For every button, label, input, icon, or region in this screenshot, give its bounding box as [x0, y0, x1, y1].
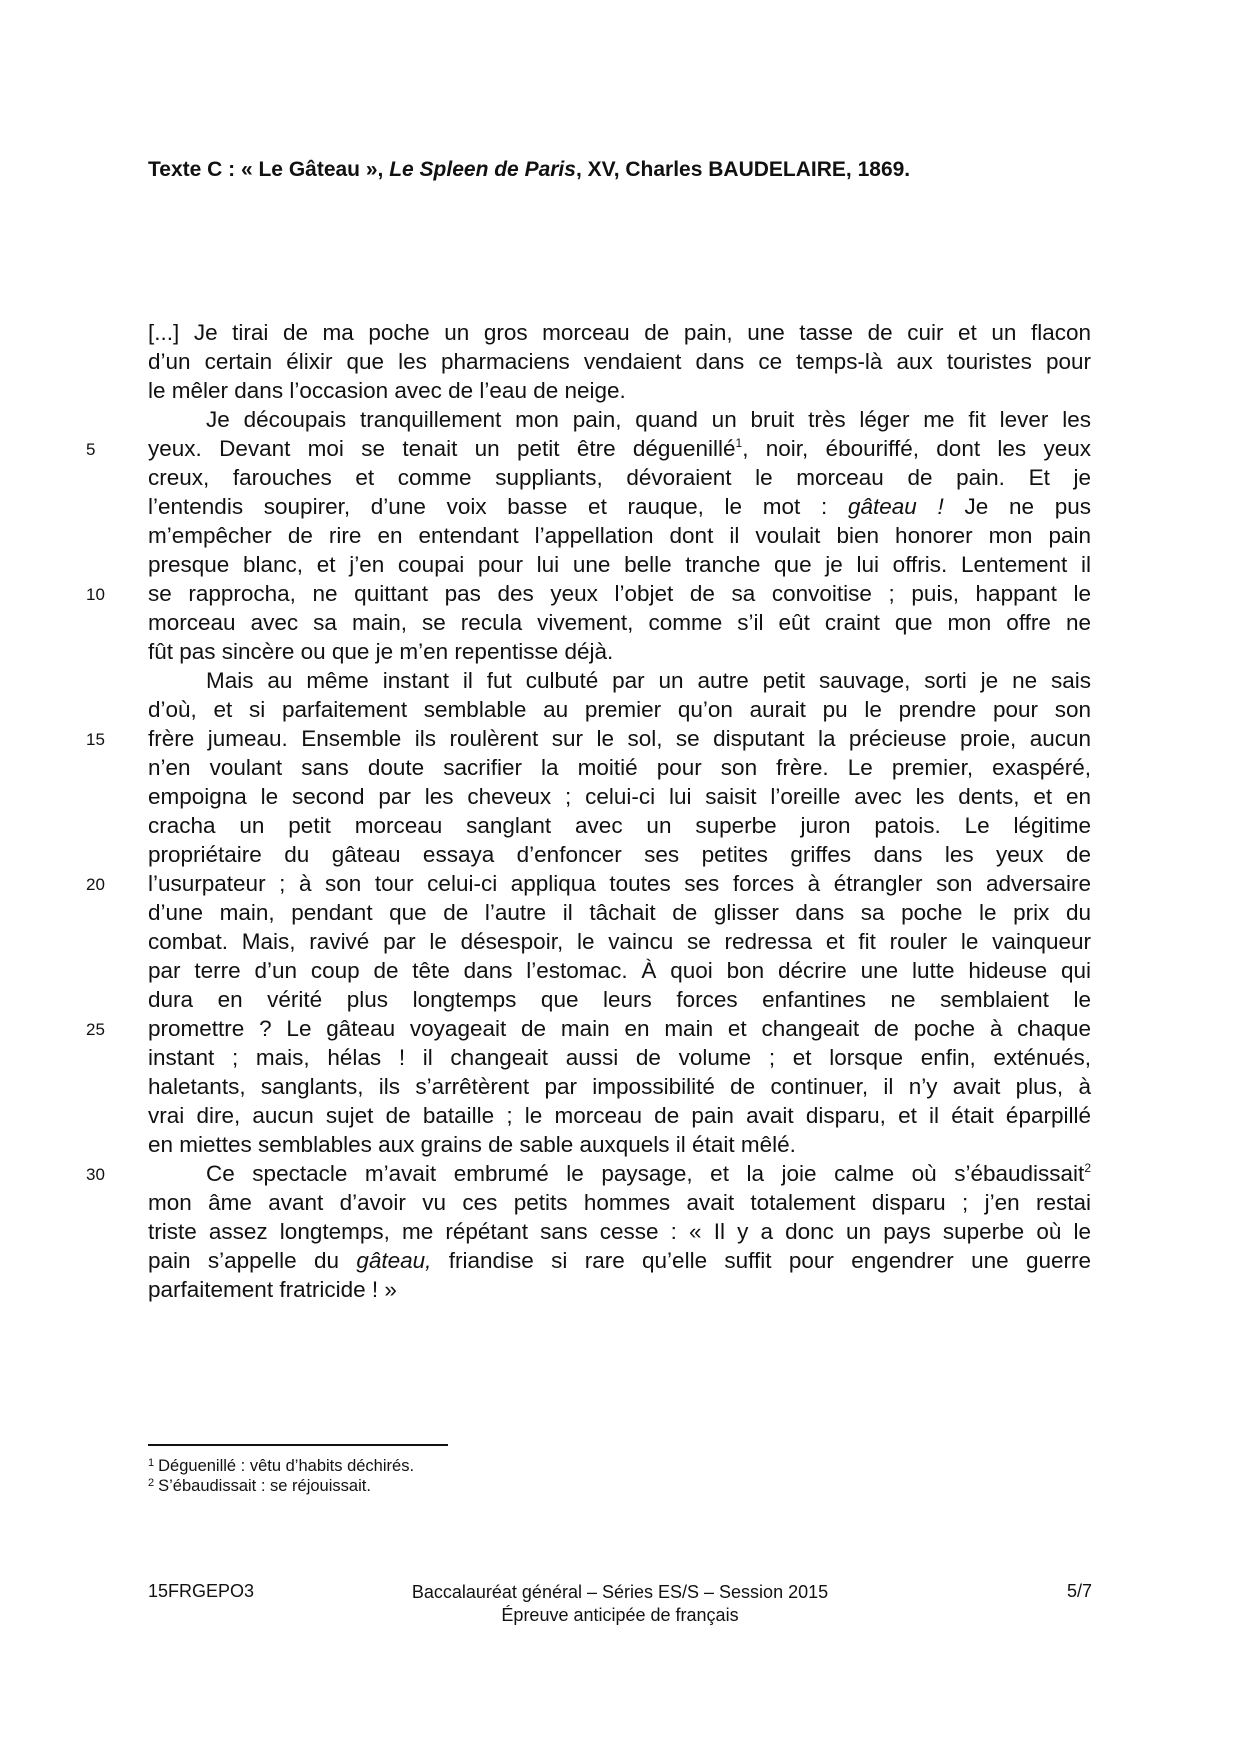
line-text: vrai dire, aucun sujet de bataille ; le … [148, 1101, 1091, 1130]
text-line: morceau avec sa main, se recula vivement… [148, 608, 1091, 637]
line-text: m’empêcher de rire en entendant l’appell… [148, 521, 1091, 550]
text-title: Texte C : « Le Gâteau », Le Spleen de Pa… [148, 158, 910, 182]
line-text: parfaitement fratricide ! » [148, 1275, 1091, 1304]
italic-text: gâteau, [356, 1248, 431, 1273]
text-line: dura en vérité plus longtemps que leurs … [148, 985, 1091, 1014]
line-text: haletants, sanglants, ils s’arrêtèrent p… [148, 1072, 1091, 1101]
exam-title-line1: Baccalauréat général – Séries ES/S – Ses… [300, 1581, 940, 1604]
text-line: vrai dire, aucun sujet de bataille ; le … [148, 1101, 1091, 1130]
title-prefix: Texte C : « Le Gâteau », [148, 158, 389, 181]
text-line: creux, farouches et comme suppliants, dé… [148, 463, 1091, 492]
text-line: mon âme avant d’avoir vu ces petits homm… [148, 1188, 1091, 1217]
text-run: n’en voulant sans doute sacrifier la moi… [148, 755, 1091, 780]
line-text: dura en vérité plus longtemps que leurs … [148, 985, 1091, 1014]
text-line: n’en voulant sans doute sacrifier la moi… [148, 753, 1091, 782]
text-line: instant ; mais, hélas ! il changeait aus… [148, 1043, 1091, 1072]
text-run: d’où, et si parfaitement semblable au pr… [148, 697, 1091, 722]
line-text: Ce spectacle m’avait embrumé le paysage,… [206, 1159, 1091, 1188]
text-run: haletants, sanglants, ils s’arrêtèrent p… [148, 1074, 1091, 1099]
text-run: cracha un petit morceau sanglant avec un… [148, 813, 1091, 838]
line-text: Je découpais tranquillement mon pain, qu… [206, 405, 1091, 434]
line-text: [...] Je tirai de ma poche un gros morce… [148, 318, 1091, 347]
exam-title-line2: Épreuve anticipée de français [300, 1604, 940, 1627]
line-text: en miettes semblables aux grains de sabl… [148, 1130, 1091, 1159]
text-line: l’entendis soupirer, d’une voix basse et… [148, 492, 1091, 521]
text-line: 10se rapprocha, ne quittant pas des yeux… [148, 579, 1091, 608]
text-run: promettre ? Le gâteau voyageait de main … [148, 1016, 1091, 1041]
text-run: triste assez longtemps, me répétant sans… [148, 1219, 1091, 1244]
text-line: 25promettre ? Le gâteau voyageait de mai… [148, 1014, 1091, 1043]
text-line: parfaitement fratricide ! » [148, 1275, 1091, 1304]
text-line: presque blanc, et j’en coupai pour lui u… [148, 550, 1091, 579]
line-text: d’un certain élixir que les pharmaciens … [148, 347, 1091, 376]
text-line: 15frère jumeau. Ensemble ils roulèrent s… [148, 724, 1091, 753]
line-text: n’en voulant sans doute sacrifier la moi… [148, 753, 1091, 782]
text-run: Mais au même instant il fut culbuté par … [206, 668, 1091, 693]
line-text: propriétaire du gâteau essaya d’enfoncer… [148, 840, 1091, 869]
text-line: d’où, et si parfaitement semblable au pr… [148, 695, 1091, 724]
footnote-number: 2 [148, 1477, 154, 1489]
text-run: frère jumeau. Ensemble ils roulèrent sur… [148, 726, 1091, 751]
text-line: empoigna le second par les cheveux ; cel… [148, 782, 1091, 811]
text-line: [...] Je tirai de ma poche un gros morce… [148, 318, 1091, 347]
line-text: d’où, et si parfaitement semblable au pr… [148, 695, 1091, 724]
text-run: d’un certain élixir que les pharmaciens … [148, 349, 1091, 374]
text-line: en miettes semblables aux grains de sabl… [148, 1130, 1091, 1159]
text-line: d’une main, pendant que de l’autre il tâ… [148, 898, 1091, 927]
text-line: 5yeux. Devant moi se tenait un petit êtr… [148, 434, 1091, 463]
line-number: 20 [86, 870, 116, 899]
line-text: le mêler dans l’occasion avec de l’eau d… [148, 376, 1091, 405]
footnote-divider [148, 1444, 448, 1446]
text-run: yeux. Devant moi se tenait un petit être… [148, 436, 736, 461]
title-suffix: , XV, Charles BAUDELAIRE, 1869. [576, 158, 910, 181]
text-run: fût pas sincère ou que je m’en repentiss… [148, 639, 613, 664]
line-text: fût pas sincère ou que je m’en repentiss… [148, 637, 1091, 666]
italic-text: gâteau ! [848, 494, 944, 519]
text-run: l’usurpateur ; à son tour celui-ci appli… [148, 871, 1091, 896]
footnote-text: Déguenillé : vêtu d’habits déchirés. [158, 1457, 414, 1475]
line-text: par terre d’un coup de tête dans l’estom… [148, 956, 1091, 985]
line-text: frère jumeau. Ensemble ils roulèrent sur… [148, 724, 1091, 753]
page-number: 5/7 [1067, 1581, 1092, 1602]
text-line: par terre d’un coup de tête dans l’estom… [148, 956, 1091, 985]
footnote-number: 1 [148, 1457, 154, 1469]
line-text: Mais au même instant il fut culbuté par … [206, 666, 1091, 695]
line-text: pain s’appelle du gâteau, friandise si r… [148, 1246, 1091, 1275]
text-line: d’un certain élixir que les pharmaciens … [148, 347, 1091, 376]
line-text: combat. Mais, ravivé par le désespoir, l… [148, 927, 1091, 956]
text-run: d’une main, pendant que de l’autre il tâ… [148, 900, 1091, 925]
text-line: triste assez longtemps, me répétant sans… [148, 1217, 1091, 1246]
line-number: 10 [86, 580, 116, 609]
exam-code: 15FRGEPO3 [148, 1581, 254, 1602]
line-text: instant ; mais, hélas ! il changeait aus… [148, 1043, 1091, 1072]
footnote-1: 1Déguenillé : vêtu d’habits déchirés. [148, 1457, 414, 1476]
title-work: Le Spleen de Paris [389, 158, 576, 181]
line-text: promettre ? Le gâteau voyageait de main … [148, 1014, 1091, 1043]
text-run: , noir, ébouriffé, dont les yeux [742, 436, 1091, 461]
text-run: se rapprocha, ne quittant pas des yeux l… [148, 581, 1091, 606]
line-number: 30 [86, 1160, 116, 1189]
footnote-ref: 2 [1084, 1161, 1091, 1175]
text-run: pain s’appelle du [148, 1248, 356, 1273]
text-run: instant ; mais, hélas ! il changeait aus… [148, 1045, 1091, 1070]
line-text: mon âme avant d’avoir vu ces petits homm… [148, 1188, 1091, 1217]
text-line: m’empêcher de rire en entendant l’appell… [148, 521, 1091, 550]
text-run: m’empêcher de rire en entendant l’appell… [148, 523, 1091, 548]
line-text: creux, farouches et comme suppliants, dé… [148, 463, 1091, 492]
line-text: presque blanc, et j’en coupai pour lui u… [148, 550, 1091, 579]
text-run: en miettes semblables aux grains de sabl… [148, 1132, 796, 1157]
line-text: d’une main, pendant que de l’autre il tâ… [148, 898, 1091, 927]
line-number: 25 [86, 1015, 116, 1044]
text-run: dura en vérité plus longtemps que leurs … [148, 987, 1091, 1012]
text-run: empoigna le second par les cheveux ; cel… [148, 784, 1091, 809]
text-line: Je découpais tranquillement mon pain, qu… [148, 405, 1091, 434]
text-line: cracha un petit morceau sanglant avec un… [148, 811, 1091, 840]
text-run: friandise si rare qu’elle suffit pour en… [431, 1248, 1091, 1273]
line-text: se rapprocha, ne quittant pas des yeux l… [148, 579, 1091, 608]
text-run: le mêler dans l’occasion avec de l’eau d… [148, 378, 626, 403]
line-text: triste assez longtemps, me répétant sans… [148, 1217, 1091, 1246]
line-number: 15 [86, 725, 116, 754]
exam-title: Baccalauréat général – Séries ES/S – Ses… [300, 1581, 940, 1627]
text-run: creux, farouches et comme suppliants, dé… [148, 465, 1091, 490]
text-run: mon âme avant d’avoir vu ces petits homm… [148, 1190, 1091, 1215]
text-line: Mais au même instant il fut culbuté par … [148, 666, 1091, 695]
text-run: Ce spectacle m’avait embrumé le paysage,… [206, 1161, 1084, 1186]
text-line: propriétaire du gâteau essaya d’enfoncer… [148, 840, 1091, 869]
text-run: Je découpais tranquillement mon pain, qu… [206, 407, 1091, 432]
text-line: 20l’usurpateur ; à son tour celui-ci app… [148, 869, 1091, 898]
text-line: le mêler dans l’occasion avec de l’eau d… [148, 376, 1091, 405]
line-text: cracha un petit morceau sanglant avec un… [148, 811, 1091, 840]
text-body: [...] Je tirai de ma poche un gros morce… [148, 318, 1091, 1304]
text-run: par terre d’un coup de tête dans l’estom… [148, 958, 1091, 983]
line-text: empoigna le second par les cheveux ; cel… [148, 782, 1091, 811]
text-run: combat. Mais, ravivé par le désespoir, l… [148, 929, 1091, 954]
footnote-text: S’ébaudissait : se réjouissait. [158, 1477, 371, 1495]
line-text: yeux. Devant moi se tenait un petit être… [148, 434, 1091, 463]
line-text: l’entendis soupirer, d’une voix basse et… [148, 492, 1091, 521]
line-number: 5 [86, 435, 116, 464]
text-run: propriétaire du gâteau essaya d’enfoncer… [148, 842, 1091, 867]
line-text: morceau avec sa main, se recula vivement… [148, 608, 1091, 637]
text-run: morceau avec sa main, se recula vivement… [148, 610, 1091, 635]
text-line: fût pas sincère ou que je m’en repentiss… [148, 637, 1091, 666]
text-line: combat. Mais, ravivé par le désespoir, l… [148, 927, 1091, 956]
footnote-2: 2S’ébaudissait : se réjouissait. [148, 1477, 371, 1496]
text-line: 30Ce spectacle m’avait embrumé le paysag… [148, 1159, 1091, 1188]
line-text: l’usurpateur ; à son tour celui-ci appli… [148, 869, 1091, 898]
text-line: pain s’appelle du gâteau, friandise si r… [148, 1246, 1091, 1275]
text-run: vrai dire, aucun sujet de bataille ; le … [148, 1103, 1091, 1128]
text-run: presque blanc, et j’en coupai pour lui u… [148, 552, 1091, 577]
text-run: [...] Je tirai de ma poche un gros morce… [148, 320, 1091, 345]
text-run: Je ne pus [944, 494, 1091, 519]
text-line: haletants, sanglants, ils s’arrêtèrent p… [148, 1072, 1091, 1101]
text-run: l’entendis soupirer, d’une voix basse et… [148, 494, 848, 519]
text-run: parfaitement fratricide ! » [148, 1277, 397, 1302]
